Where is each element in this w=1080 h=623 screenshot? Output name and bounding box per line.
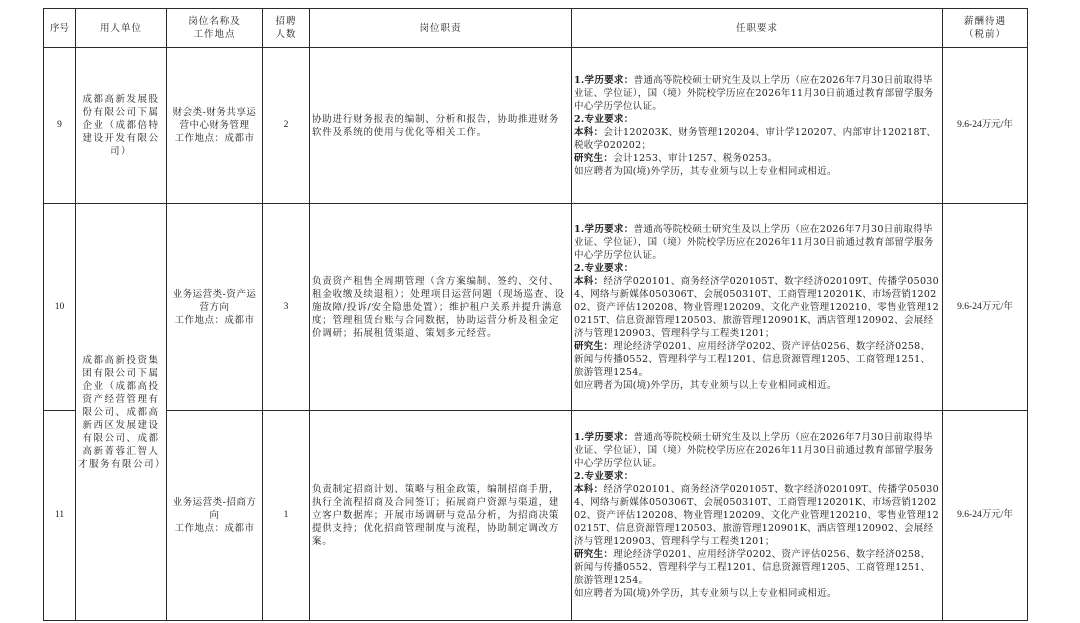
row-requirements: 1.学历要求：普通高等院校硕士研究生及以上学历（应在2026年7月30日前取得毕… <box>572 204 943 411</box>
row-employer: 成都高新投资集团有限公司下属企业（成都高投资产经营管理有限公司、成都高新西区发展… <box>76 204 167 621</box>
position-title: 业务运营类-资产运营方向 <box>169 288 260 314</box>
position-location: 工作地点：成都市 <box>169 132 260 145</box>
position-title: 业务运营类-招商方向 <box>169 496 260 522</box>
row-salary: 9.6-24万元/年 <box>943 48 1028 204</box>
header-salary-line1: 薪酬待遇 <box>945 15 1025 28</box>
grad-label: 研究生： <box>574 341 613 352</box>
undergrad-majors: 本科：经济学020101、商务经济学020105T、数字经济020109T、传播… <box>574 483 940 548</box>
grad-text: 理论经济学0201、应用经济学0202、资产评估0256、数字经济0258、新闻… <box>574 341 930 378</box>
undergrad-label: 本科： <box>574 484 603 495</box>
row-position: 财会类-财务共享运营中心财务管理 工作地点：成都市 <box>167 48 263 204</box>
undergrad-majors: 本科：会计120203K、财务管理120204、审计学120207、内部审计12… <box>574 126 940 152</box>
row-position: 业务运营类-招商方向 工作地点：成都市 <box>167 411 263 621</box>
row-employer: 成都高新发展股份有限公司下属企业（成都倍特建设开发有限公司） <box>76 48 167 204</box>
header-requirements: 任职要求 <box>572 9 943 48</box>
header-headcount-line2: 人数 <box>265 28 307 41</box>
undergrad-majors: 本科：经济学020101、商务经济学020105T、数字经济020109T、传播… <box>574 275 940 340</box>
foreign-note: 如应聘者为国(境)外学历，其专业须与以上专业相同或相近。 <box>574 587 940 600</box>
header-position-line2: 工作地点 <box>169 28 260 41</box>
foreign-note: 如应聘者为国(境)外学历，其专业须与以上专业相同或相近。 <box>574 165 940 178</box>
row-index: 11 <box>44 411 76 621</box>
edu-label: 1.学历要求： <box>574 224 634 235</box>
header-headcount-line1: 招聘 <box>265 15 307 28</box>
undergrad-label: 本科： <box>574 127 603 138</box>
grad-majors: 研究生：理论经济学0201、应用经济学0202、资产评估0256、数字经济025… <box>574 548 940 587</box>
edu-requirement: 1.学历要求：普通高等院校硕士研究生及以上学历（应在2026年7月30日前取得毕… <box>574 431 940 470</box>
foreign-note: 如应聘者为国(境)外学历，其专业须与以上专业相同或相近。 <box>574 379 940 392</box>
edu-label: 1.学历要求： <box>574 432 634 443</box>
position-title: 财会类-财务共享运营中心财务管理 <box>169 106 260 132</box>
grad-majors: 研究生：会计1253、审计1257、税务0253。 <box>574 152 940 165</box>
row-salary: 9.6-24万元/年 <box>943 204 1028 411</box>
header-position-line1: 岗位名称及 <box>169 15 260 28</box>
row-duties: 负责资产租售全周期管理（含方案编制、签约、交付、租金收缴及续退租）；处理项目运营… <box>310 204 572 411</box>
table-row: 9 成都高新发展股份有限公司下属企业（成都倍特建设开发有限公司） 财会类-财务共… <box>44 48 1028 204</box>
header-salary-line2: （税前） <box>945 28 1025 41</box>
row-headcount: 1 <box>263 411 310 621</box>
row-duties: 负责制定招商计划、策略与租金政策，编制招商手册，执行全流程招商及合同签订；拓展商… <box>310 411 572 621</box>
table-row: 10 成都高新投资集团有限公司下属企业（成都高投资产经营管理有限公司、成都高新西… <box>44 204 1028 411</box>
grad-text: 理论经济学0201、应用经济学0202、资产评估0256、数字经济0258、新闻… <box>574 549 930 586</box>
job-table: 序号 用人单位 岗位名称及 工作地点 招聘 人数 岗位职责 任职要求 薪酬待遇 … <box>43 8 1028 621</box>
major-label: 2.专业要求： <box>574 470 940 483</box>
row-headcount: 2 <box>263 48 310 204</box>
undergrad-text: 经济学020101、商务经济学020105T、数字经济020109T、传播学05… <box>574 484 939 547</box>
header-salary: 薪酬待遇 （税前） <box>943 9 1028 48</box>
header-duties: 岗位职责 <box>310 9 572 48</box>
header-row: 序号 用人单位 岗位名称及 工作地点 招聘 人数 岗位职责 任职要求 薪酬待遇 … <box>44 9 1028 48</box>
grad-text: 会计1253、审计1257、税务0253。 <box>613 153 777 164</box>
row-index: 10 <box>44 204 76 411</box>
header-position: 岗位名称及 工作地点 <box>167 9 263 48</box>
position-location: 工作地点：成都市 <box>169 522 260 535</box>
row-requirements: 1.学历要求：普通高等院校硕士研究生及以上学历（应在2026年7月30日前取得毕… <box>572 48 943 204</box>
edu-label: 1.学历要求： <box>574 75 634 86</box>
major-label: 2.专业要求： <box>574 113 940 126</box>
row-requirements: 1.学历要求：普通高等院校硕士研究生及以上学历（应在2026年7月30日前取得毕… <box>572 411 943 621</box>
undergrad-text: 经济学020101、商务经济学020105T、数字经济020109T、传播学05… <box>574 276 939 339</box>
table-row: 11 业务运营类-招商方向 工作地点：成都市 1 负责制定招商计划、策略与租金政… <box>44 411 1028 621</box>
grad-label: 研究生： <box>574 153 613 164</box>
row-duties: 协助进行财务报表的编制、分析和报告，协助推进财务软件及系统的使用与优化等相关工作… <box>310 48 572 204</box>
row-index: 9 <box>44 48 76 204</box>
row-salary: 9.6-24万元/年 <box>943 411 1028 621</box>
undergrad-label: 本科： <box>574 276 603 287</box>
row-position: 业务运营类-资产运营方向 工作地点：成都市 <box>167 204 263 411</box>
header-headcount: 招聘 人数 <box>263 9 310 48</box>
position-location: 工作地点：成都市 <box>169 314 260 327</box>
header-employer: 用人单位 <box>76 9 167 48</box>
undergrad-text: 会计120203K、财务管理120204、审计学120207、内部审计12021… <box>574 127 936 151</box>
row-headcount: 3 <box>263 204 310 411</box>
major-label: 2.专业要求： <box>574 262 940 275</box>
grad-majors: 研究生：理论经济学0201、应用经济学0202、资产评估0256、数字经济025… <box>574 340 940 379</box>
edu-requirement: 1.学历要求：普通高等院校硕士研究生及以上学历（应在2026年7月30日前取得毕… <box>574 223 940 262</box>
edu-requirement: 1.学历要求：普通高等院校硕士研究生及以上学历（应在2026年7月30日前取得毕… <box>574 74 940 113</box>
header-index: 序号 <box>44 9 76 48</box>
grad-label: 研究生： <box>574 549 613 560</box>
